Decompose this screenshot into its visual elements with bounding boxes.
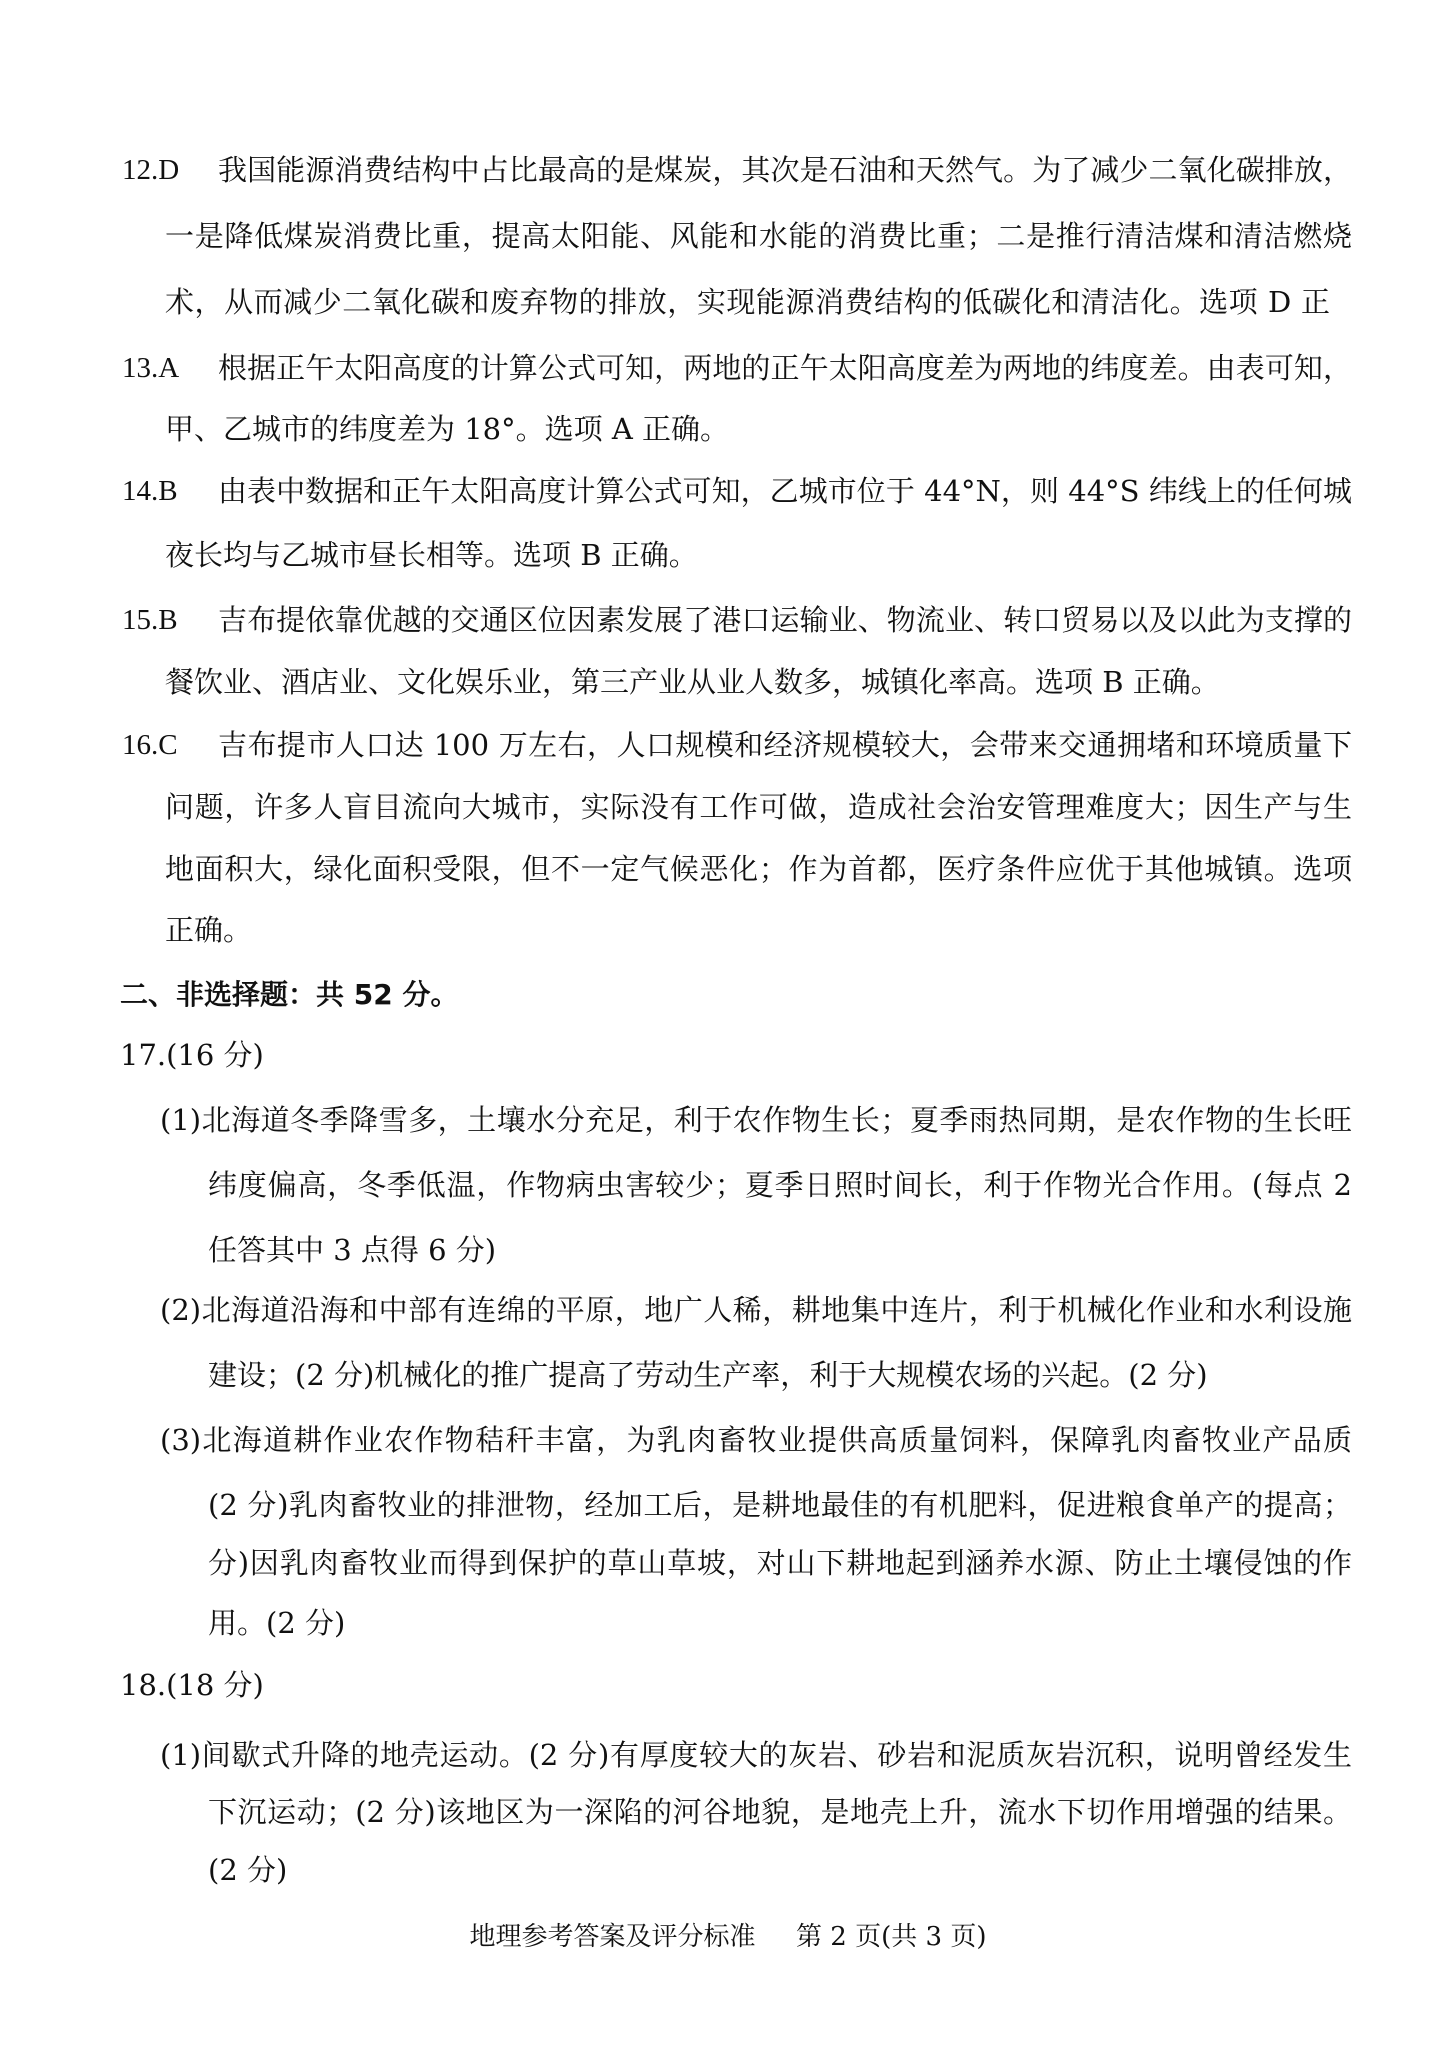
item-text-line: 问题，许多人盲目流向大城市，实际没有工作可做，造成社会治安管理难度大；因生产与生…: [165, 789, 1352, 825]
answer-line: (1)北海道冬季降雪多，土壤水分充足，利于农作物生长；夏季雨热同期，是农作物的生…: [160, 1102, 1352, 1138]
page-footer: 地理参考答案及评分标准 第 2 页(共 3 页): [0, 1920, 1456, 1954]
item-text-line: 地面积大，绿化面积受限，但不一定气候恶化；作为首都，医疗条件应优于其他城镇。选项…: [165, 851, 1352, 887]
item-text-line: 餐饮业、酒店业、文化娱乐业，第三产业从业人数多，城镇化率高。选项 B 正确。: [165, 664, 1220, 700]
item-label: 13.A: [122, 350, 179, 386]
item-text-line: 我国能源消费结构中占比最高的是煤炭，其次是石油和天然气。为了减少二氧化碳排放，: [218, 152, 1352, 188]
answer-line: 纬度偏高，冬季低温，作物病虫害较少；夏季日照时间长，利于作物光合作用。(每点 2…: [208, 1167, 1352, 1203]
answer-line: (2 分)乳肉畜牧业的排泄物，经加工后，是耕地最佳的有机肥料，促进粮食单产的提高…: [208, 1487, 1352, 1523]
item-text-line: 吉布提依靠优越的交通区位因素发展了港口运输业、物流业、转口贸易以及以此为支撑的: [218, 602, 1352, 638]
answer-line: 任答其中 3 点得 6 分): [208, 1232, 496, 1268]
item-label: 16.C: [122, 727, 178, 763]
answer-line: (1)间歇式升降的地壳运动。(2 分)有厚度较大的灰岩、砂岩和泥质灰岩沉积，说明…: [160, 1737, 1352, 1773]
answer-line: 用。(2 分): [208, 1605, 345, 1641]
item-text-line: 吉布提市人口达 100 万左右，人口规模和经济规模较大，会带来交通拥堵和环境质量…: [218, 727, 1352, 763]
question-label: 17.(16 分): [120, 1037, 264, 1073]
section-heading: 二、非选择题：共 52 分。: [120, 977, 458, 1013]
answer-line: (2 分): [208, 1852, 287, 1888]
answer-line: 分)因乳肉畜牧业而得到保护的草山草坡，对山下耕地起到涵养水源、防止土壤侵蚀的作: [208, 1545, 1352, 1581]
item-text-line: 由表中数据和正午太阳高度计算公式可知，乙城市位于 44°N，则 44°S 纬线上…: [218, 473, 1352, 509]
item-label: 15.B: [122, 602, 178, 638]
item-text-line: 正确。: [165, 912, 252, 948]
item-text-line: 一是降低煤炭消费比重，提高太阳能、风能和水能的消费比重；二是推行清洁煤和清洁燃烧…: [165, 218, 1352, 254]
item-text-line: 甲、乙城市的纬度差为 18°。选项 A 正确。: [165, 411, 729, 447]
answer-key-page: 12.D 我国能源消费结构中占比最高的是煤炭，其次是石油和天然气。为了减少二氧化…: [0, 0, 1456, 2047]
answer-line: 建设；(2 分)机械化的推广提高了劳动生产率，利于大规模农场的兴起。(2 分): [208, 1357, 1208, 1393]
page-number: 第 2 页(共 3 页): [796, 1922, 986, 1952]
item-label: 14.B: [122, 473, 178, 509]
item-label: 12.D: [122, 152, 179, 188]
item-text-line: 夜长均与乙城市昼长相等。选项 B 正确。: [165, 537, 698, 573]
answer-line: (2)北海道沿海和中部有连绵的平原，地广人稀，耕地集中连片，利于机械化作业和水利…: [160, 1292, 1352, 1328]
answer-line: 下沉运动；(2 分)该地区为一深陷的河谷地貌，是地壳上升，流水下切作用增强的结果…: [208, 1794, 1352, 1830]
item-text-line: 术，从而减少二氧化碳和废弃物的排放，实现能源消费结构的低碳化和清洁化。选项 D …: [165, 284, 1330, 320]
question-label: 18.(18 分): [120, 1667, 264, 1703]
answer-line: (3)北海道耕作业农作物秸秆丰富，为乳肉畜牧业提供高质量饲料，保障乳肉畜牧业产品…: [160, 1422, 1352, 1458]
footer-title: 地理参考答案及评分标准: [470, 1922, 756, 1952]
item-text-line: 根据正午太阳高度的计算公式可知，两地的正午太阳高度差为两地的纬度差。由表可知，: [218, 350, 1352, 386]
